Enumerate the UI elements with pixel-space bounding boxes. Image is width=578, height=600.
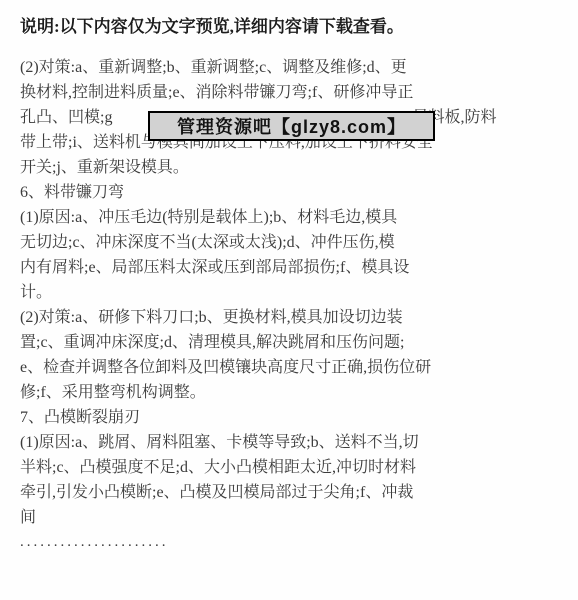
text-line: 间: [20, 505, 562, 530]
section-heading-7: 7、凸模断裂崩刃: [20, 405, 562, 430]
text-line: (1)原因:a、跳屑、屑料阻塞、卡模等导致;b、送料不当,切: [20, 430, 562, 455]
text-line: 内有屑料;e、局部压料太深或压到部局部损伤;f、模具设: [20, 255, 562, 280]
text-line: 修;f、采用整弯机构调整。: [20, 380, 562, 405]
text-line: 开关;j、重新架设模具。: [20, 155, 562, 180]
text-fragment-left: 孔凸、凹模;g: [20, 109, 112, 126]
truncation-dots: ......................: [20, 530, 562, 555]
preview-notice: 说明:以下内容仅为文字预览,详细内容请下载查看。: [0, 0, 578, 40]
text-line: e、检查并调整各位卸料及凹模镶块高度尺寸正确,损伤位研: [20, 355, 562, 380]
text-line: 半料;c、凸模强度不足;d、大小凸模相距太近,冲切时材料: [20, 455, 562, 480]
text-line: 计。: [20, 280, 562, 305]
text-line: (1)原因:a、冲压毛边(特别是载体上);b、材料毛边,模具: [20, 205, 562, 230]
text-line: (2)对策:a、重新调整;b、重新调整;c、调整及维修;d、更: [20, 55, 562, 80]
text-line: 无切边;c、冲床深度不当(太深或太浅);d、冲件压伤,模: [20, 230, 562, 255]
text-line: (2)对策:a、研修下料刀口;b、更换材料,模具加设切边装: [20, 305, 562, 330]
document-preview-page: 说明:以下内容仅为文字预览,详细内容请下载查看。 (2)对策:a、重新调整;b、…: [0, 0, 578, 600]
text-line: 换材料,控制进料质量;e、消除料带镰刀弯;f、研修冲导正: [20, 80, 562, 105]
section-heading-6: 6、料带镰刀弯: [20, 180, 562, 205]
watermark-badge: 管理资源吧【glzy8.com】: [148, 111, 435, 141]
text-line: 置;c、重调冲床深度;d、清理模具,解决跳屑和压伤问题;: [20, 330, 562, 355]
text-line: 牵引,引发小凸模断;e、凸模及凹模局部过于尖角;f、冲裁: [20, 480, 562, 505]
